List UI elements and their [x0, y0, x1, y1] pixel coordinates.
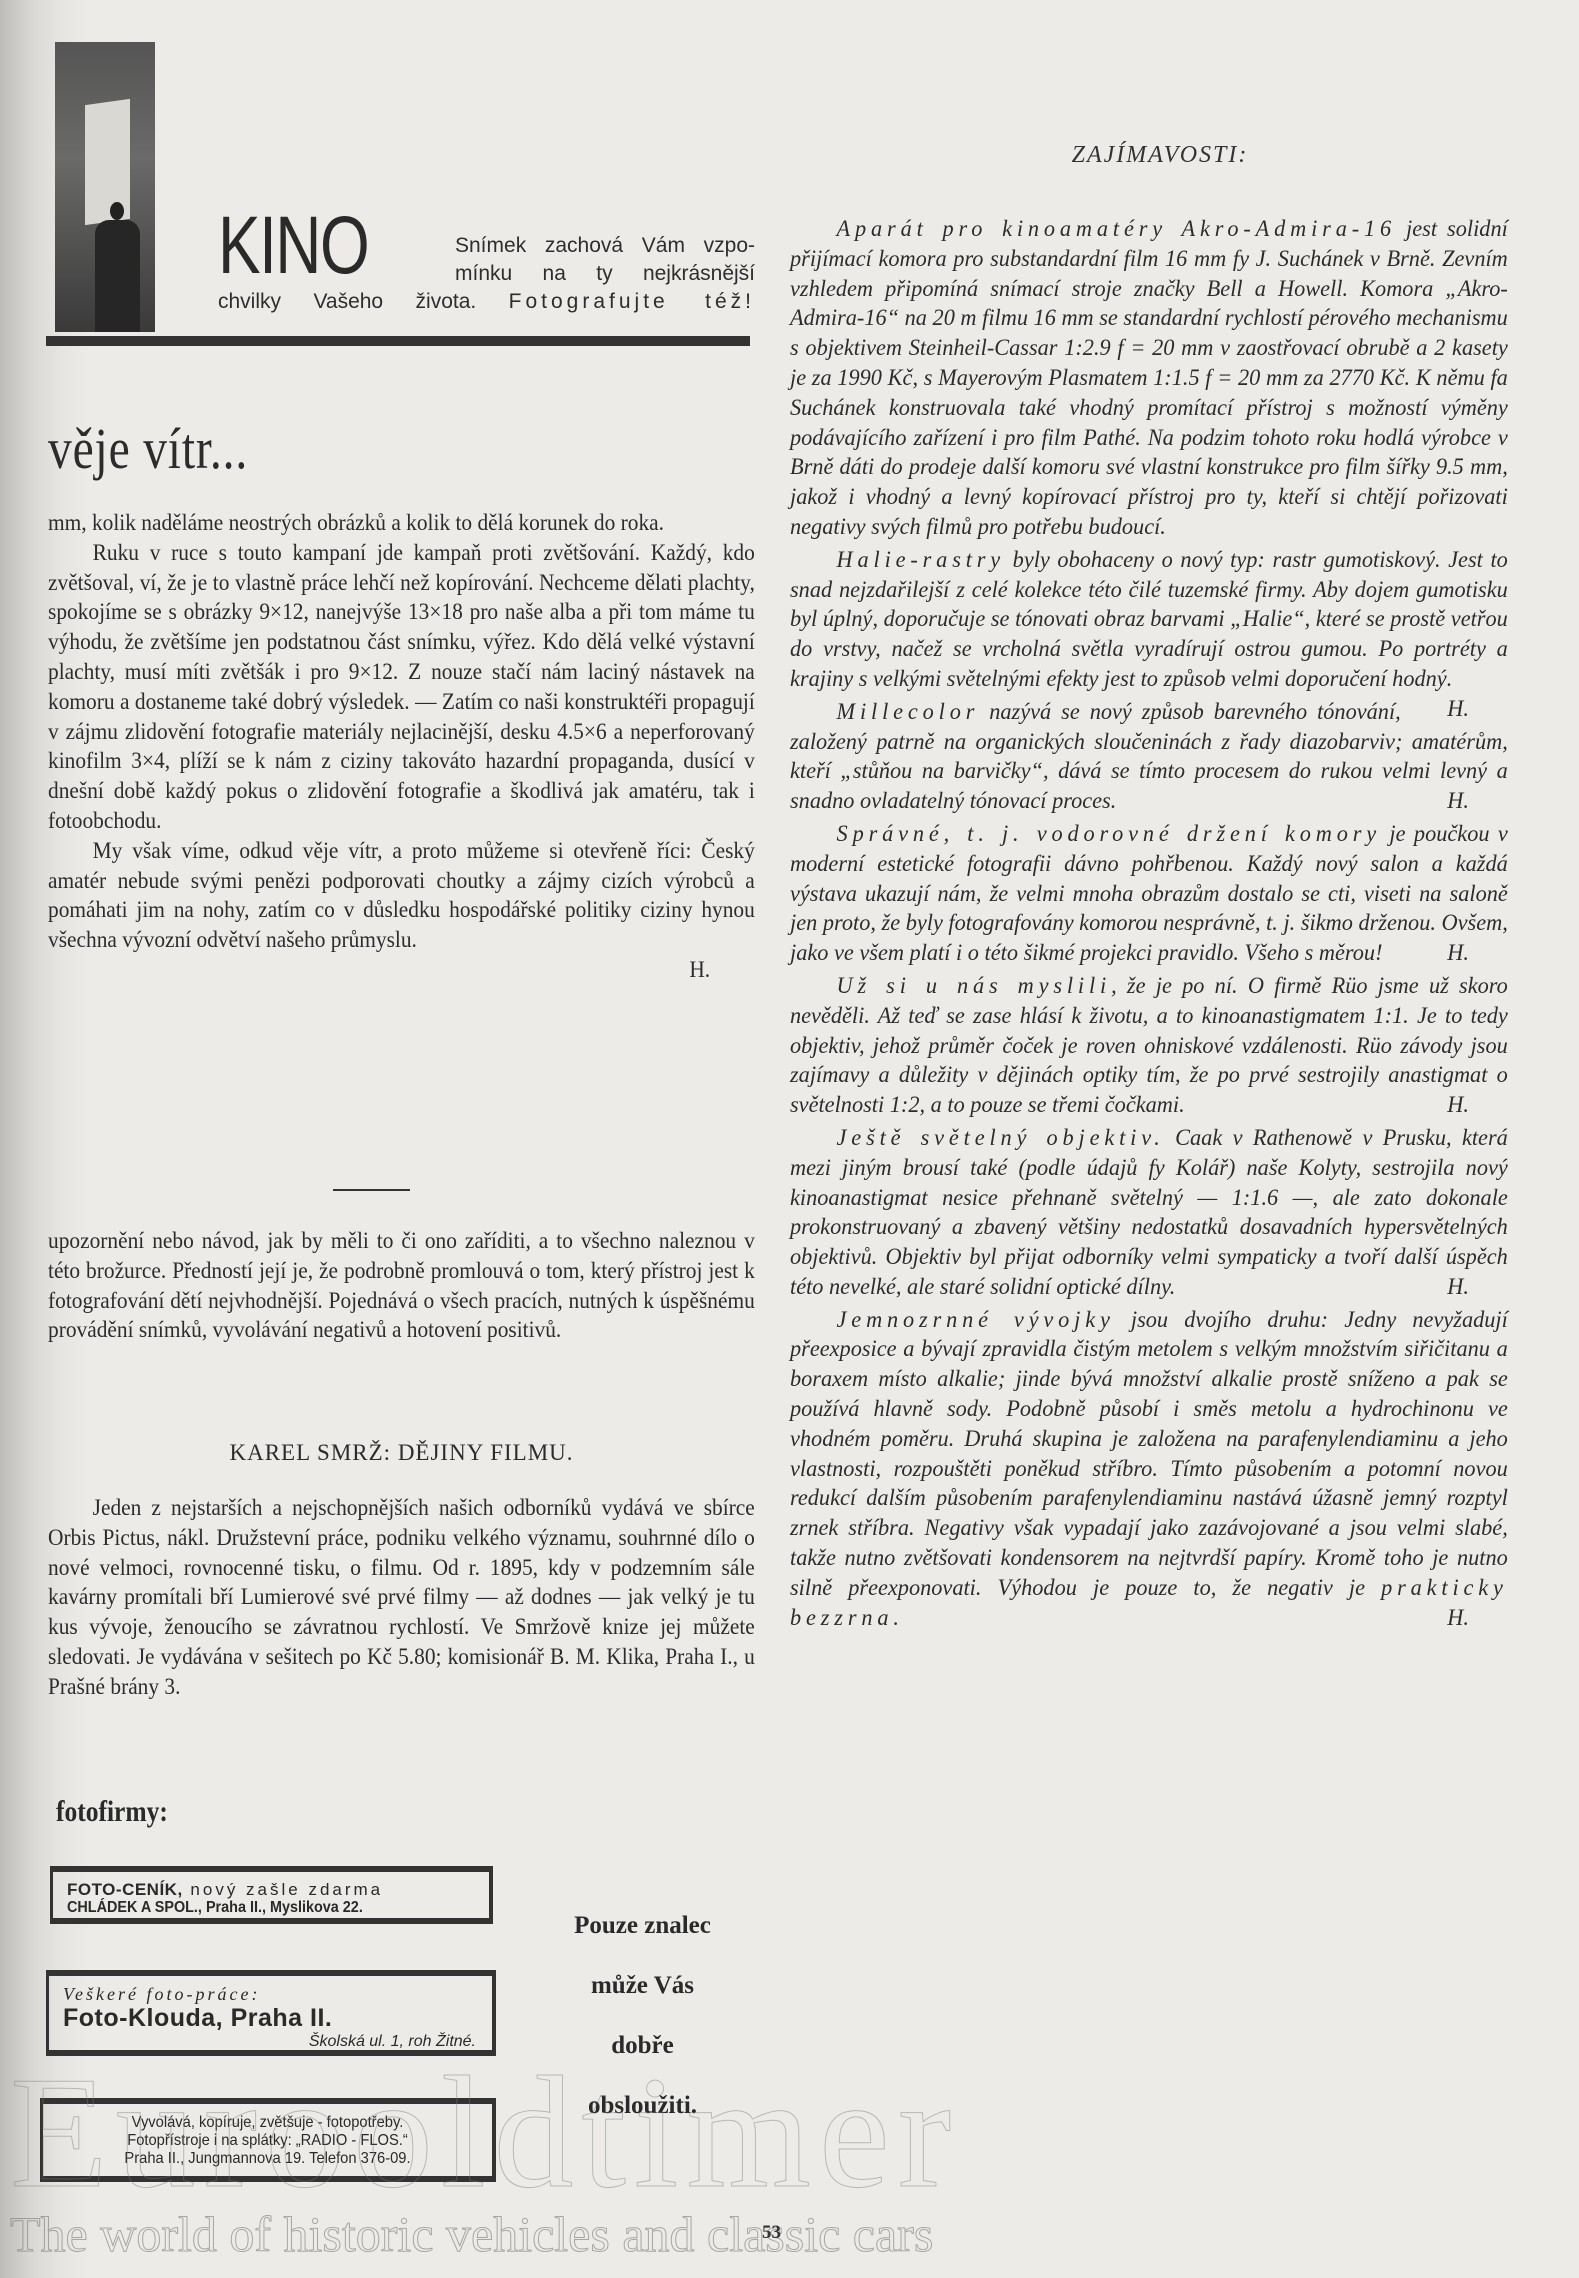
signature: H.	[1401, 786, 1469, 816]
article-heading: věje vítr...	[48, 420, 248, 478]
signature: H.	[1401, 938, 1469, 968]
signature: H.	[48, 955, 755, 985]
kino-photo	[55, 42, 155, 332]
header-rule	[46, 336, 750, 346]
paragraph: Ruku v ruce s touto kampaní jde kampaň p…	[48, 538, 755, 836]
kino-tagline-3b: Fotografujte též!	[509, 290, 755, 313]
news-lead: Aparát pro kinoamatéry Akro-Admira-16	[837, 216, 1396, 241]
page-number: 53	[762, 2222, 781, 2244]
article-veje-vitr: mm, kolik naděláme neostrých obrázků a k…	[48, 508, 755, 985]
news-lead: Ještě světelný objektiv.	[837, 1125, 1165, 1150]
paragraph: My však víme, odkud věje vítr, a proto m…	[48, 836, 755, 955]
ad-brand: FOTO-CENÍK,	[67, 1880, 183, 1899]
news-item: Aparát pro kinoamatéry Akro-Admira-16 je…	[790, 214, 1508, 542]
kino-tagline-1: Snímek zachová Vám vzpo-	[455, 232, 755, 260]
news-text: jest solidní přijímací komora pro substa…	[790, 216, 1508, 539]
news-item: Jemnozrnné vývojky jsou dvojího druhu: J…	[790, 1305, 1508, 1633]
ad-foto-cenik: FOTO-CENÍK, nový zašle zdarma CHLÁDEK A …	[50, 1866, 493, 1924]
news-item: Ještě světelný objektiv. Caak v Rathenow…	[790, 1123, 1508, 1302]
slogan-line: může Vás	[530, 1972, 755, 2000]
news-item: Správné, t. j. vodorovné držení komory j…	[790, 819, 1508, 968]
watermark-logo: Eurooldtimer	[10, 2040, 959, 2225]
news-lead: Jemnozrnné vývojky	[837, 1307, 1115, 1332]
news-item: Už si u nás myslili, že je po ní. O firm…	[790, 971, 1508, 1120]
signature: H.	[1401, 694, 1469, 724]
kino-tagline-3a: chvilky Vašeho života.	[218, 290, 509, 313]
news-item: Millecolor nazývá se nový způsob barevné…	[790, 697, 1508, 816]
kino-tagline-2: mínku na ty nejkrásnější	[455, 260, 755, 288]
ad-brand: Foto-Klouda, Praha II.	[63, 2004, 478, 2032]
news-item: Halie-rastry byly obohaceny o nový typ: …	[790, 545, 1508, 694]
separator-rule	[333, 1189, 410, 1191]
zajimavosti-body: Aparát pro kinoamatéry Akro-Admira-16 je…	[790, 214, 1508, 1635]
signature: H.	[1401, 1272, 1469, 1302]
news-lead: Millecolor	[837, 699, 980, 724]
ad-text: Veškeré foto-práce:	[63, 1984, 478, 2004]
article-brozurka: upozornění nebo návod, jak by měli to či…	[48, 1226, 755, 1345]
watermark-tagline: The world of historic vehicles and class…	[10, 2205, 933, 2263]
silhouette-head	[110, 202, 124, 220]
news-lead: Už si u nás myslili	[837, 973, 1112, 998]
news-text: jsou dvojího druhu: Jedny nevyžadují pře…	[790, 1307, 1508, 1600]
silhouette-body	[95, 220, 140, 332]
ad-address: CHLÁDEK A SPOL., Praha II., Myslikova 22…	[67, 1899, 434, 1917]
paragraph: mm, kolik naděláme neostrých obrázků a k…	[48, 508, 755, 538]
slogan-line: Pouze znalec	[530, 1912, 755, 1940]
paragraph: Jeden z nejstarších a nejschopnějších na…	[48, 1493, 755, 1702]
kino-tagline-3: chvilky Vašeho života. Fotografujte též!	[218, 288, 755, 316]
kino-title: KINO	[218, 205, 368, 287]
section-heading-dejiny-filmu: KAREL SMRŽ: DĚJINY FILMU.	[48, 1440, 755, 1466]
zajimavosti-heading: ZAJÍMAVOSTI:	[790, 142, 1530, 169]
article-dejiny-filmu: Jeden z nejstarších a nejschopnějších na…	[48, 1493, 755, 1702]
paragraph: upozornění nebo návod, jak by měli to či…	[48, 1226, 755, 1345]
signature: H.	[1401, 1090, 1469, 1120]
ad-text: nový zašle zdarma	[183, 1880, 383, 1899]
news-lead: Halie-rastry	[837, 547, 1006, 572]
fotofirmy-heading: fotofirmy:	[56, 1795, 168, 1829]
news-lead: Správné, t. j. vodorovné držení komory	[837, 821, 1381, 846]
signature: H.	[1401, 1603, 1469, 1633]
news-text: .	[893, 1605, 899, 1630]
